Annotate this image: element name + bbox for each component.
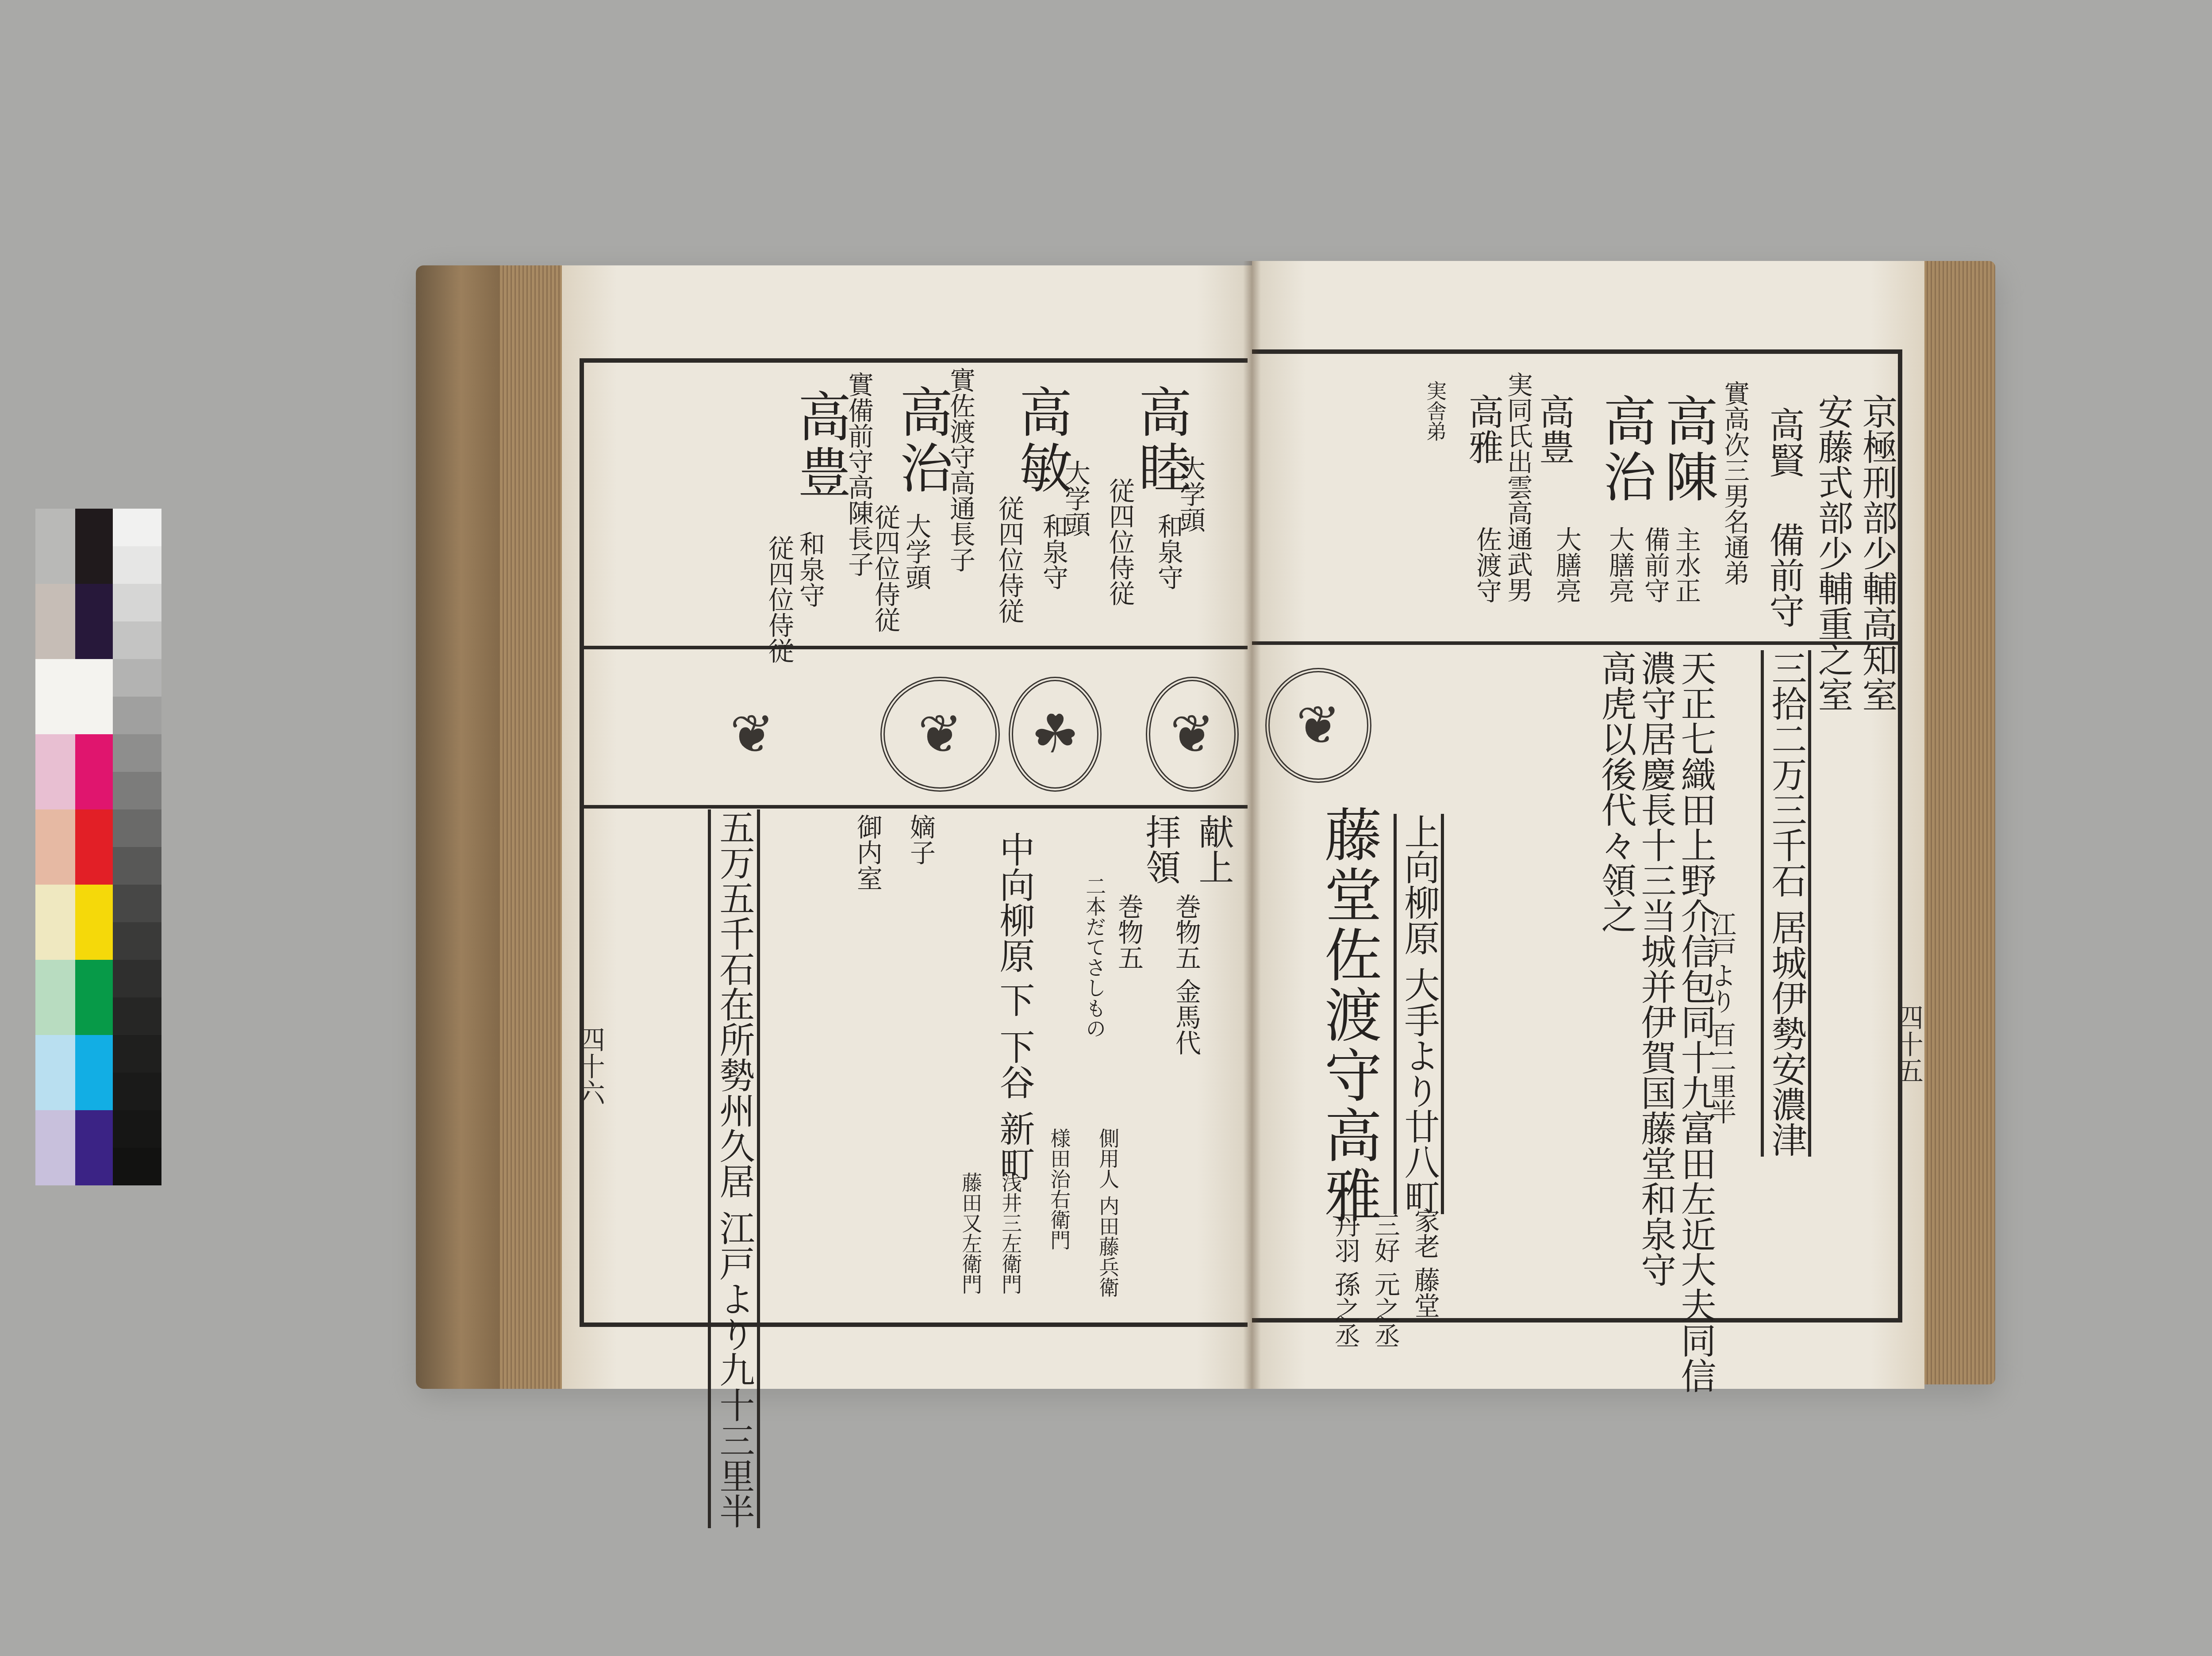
gray-step-swatch xyxy=(113,1148,161,1185)
register-name: 高治 xyxy=(1597,394,1653,505)
register-name: 高雅 xyxy=(1464,394,1502,464)
kenjo-items: 巻物五 金馬代 xyxy=(1172,893,1199,1055)
color-swatch xyxy=(35,885,75,960)
color-swatch xyxy=(75,584,113,659)
three-leaf-crest-icon: ☘ xyxy=(1009,677,1102,792)
color-swatch xyxy=(35,659,75,734)
stipend-castle: 三拾二万三千石 居城伊勢安濃津 xyxy=(1761,650,1811,1157)
gray-step-swatch xyxy=(113,734,161,772)
register-title: 備前守 xyxy=(1765,522,1802,628)
retainer: 丹羽 孫之丞 xyxy=(1332,1212,1359,1348)
page-stack-right xyxy=(1920,261,1995,1384)
divider xyxy=(580,646,1248,649)
color-swatch xyxy=(75,809,113,885)
color-swatch xyxy=(35,734,75,809)
color-swatch xyxy=(75,960,113,1035)
gray-step-swatch xyxy=(113,772,161,809)
register-note: 実舎弟 xyxy=(1425,380,1446,441)
retainer: 三好 元之丞 xyxy=(1371,1212,1398,1348)
book-gutter xyxy=(1243,261,1261,1389)
ivy-crest-icon: ❦ xyxy=(1265,668,1371,783)
register-name: 高豊 xyxy=(792,389,848,501)
retainer-top: 家老 藤堂 xyxy=(1411,1207,1438,1318)
gray-step-swatch xyxy=(113,997,161,1035)
register-title: 大膳亮 xyxy=(1606,526,1633,603)
gray-step-swatch xyxy=(113,1035,161,1073)
officials: 側用人 内田藤兵衛 xyxy=(1097,1128,1118,1297)
naishitsu-label: 御内室 xyxy=(854,814,881,891)
gray-step-swatch xyxy=(113,885,161,922)
register-title: 大膳亮 xyxy=(1553,526,1580,603)
ivy-crest-icon: ❦ xyxy=(880,677,1000,792)
color-swatch xyxy=(75,734,113,809)
shisoku-label: 嫡子 xyxy=(907,814,934,865)
gray-step-swatch xyxy=(113,546,161,584)
officials: 藤田又左衛門 xyxy=(960,1172,981,1294)
color-swatch xyxy=(35,809,75,885)
register-note: 大学頭 xyxy=(1062,460,1089,537)
stipend-detail: 五万五千石在所勢州久居 江戸より九十三里半 xyxy=(708,809,760,1528)
right-page: 京極刑部少輔高知室 安藤式部少輔重之室 高賢 備前守 實高次三男名通弟 高陳 主… xyxy=(1252,261,1924,1389)
gray-step-swatch xyxy=(113,809,161,847)
lineage-line: 天正七織田上野介信包同十九富田左近大夫同信 xyxy=(1677,650,1714,1393)
register-note: 實高次三男名通弟 xyxy=(1721,380,1748,586)
color-swatch xyxy=(35,960,75,1035)
register-note: 実同氏出雲高通武男 xyxy=(1504,372,1531,602)
color-swatch xyxy=(75,885,113,960)
naka-yashiki: 中向柳原 xyxy=(995,832,1033,973)
shimo-yashiki: 下 下谷 新町 xyxy=(995,982,1033,1181)
color-swatch xyxy=(35,509,75,584)
ivy-crest-icon: ❦ xyxy=(1146,677,1239,792)
hairyo-items: 巻物五 xyxy=(1115,893,1142,970)
officials: 様田治右衛門 xyxy=(1048,1128,1070,1250)
register-rank: 従四位侍従 xyxy=(872,504,899,632)
folio-number: 四十六 xyxy=(571,1026,609,1106)
lineage-line: 高虎以後代々領之 xyxy=(1597,650,1634,933)
color-swatch xyxy=(75,1110,113,1185)
gray-step-swatch xyxy=(113,509,161,546)
folio-number: 四十五 xyxy=(1889,1004,1927,1084)
register-name: 高豊 xyxy=(1535,394,1572,464)
register-rank: 従四位侍従 xyxy=(765,535,792,663)
lord-name: 藤堂佐渡守高雅 xyxy=(1318,805,1379,1226)
register-note: 大学頭 xyxy=(902,513,929,590)
hairyo-label: 拝領 xyxy=(1141,814,1179,885)
divider xyxy=(580,805,1248,809)
gray-step-swatch xyxy=(113,1073,161,1110)
register-name: 高治 xyxy=(894,385,949,496)
lord-residence: 上向柳原 大手より廿八町 xyxy=(1394,814,1444,1214)
gray-step-swatch xyxy=(113,621,161,659)
register-title: 和泉守 xyxy=(796,531,823,608)
left-page: 高睦 従四位侍従 大学頭 和泉守 高敏 従四位侍従 和泉守 大学頭 實佐渡守高通… xyxy=(562,265,1252,1389)
gray-step-swatch xyxy=(113,697,161,734)
color-swatch xyxy=(75,1035,113,1110)
register-title: 備前守 xyxy=(1641,526,1668,603)
color-swatch xyxy=(35,584,75,659)
register-rank: 従四位侍従 xyxy=(1106,478,1133,606)
color-swatch xyxy=(35,1110,75,1185)
ivy-crest-plain-icon: ❦ xyxy=(708,690,796,778)
register-title: 主水正 xyxy=(1672,526,1699,603)
gray-step-swatch xyxy=(113,960,161,997)
register-rank: 従四位侍従 xyxy=(995,495,1022,624)
gray-step-swatch xyxy=(113,659,161,697)
page-stack-left xyxy=(500,265,566,1389)
kenjo-label: 献上 xyxy=(1194,814,1232,885)
register-header: 京極刑部少輔高知室 xyxy=(1858,394,1895,712)
lineage-line: 濃守居慶長十三当城并伊賀国藤堂和泉守 xyxy=(1637,650,1674,1287)
color-swatch xyxy=(75,509,113,584)
officials: 浅井三左衛門 xyxy=(1000,1172,1021,1294)
spear-label: 二本だてさしもの xyxy=(1084,876,1105,1039)
register-name: 高陳 xyxy=(1659,394,1715,505)
gray-step-swatch xyxy=(113,584,161,621)
register-title: 佐渡守 xyxy=(1473,526,1500,603)
color-swatch xyxy=(75,659,113,734)
color-checker-card xyxy=(35,509,161,1185)
register-title: 和泉守 xyxy=(1155,513,1182,590)
gray-step-swatch xyxy=(113,1110,161,1148)
color-swatch xyxy=(35,1035,75,1110)
gray-step-swatch xyxy=(113,847,161,885)
register-name: 高賢 xyxy=(1765,407,1802,478)
divider xyxy=(1252,641,1902,645)
gray-step-swatch xyxy=(113,922,161,960)
register-header: 安藤式部少輔重之室 xyxy=(1814,394,1851,712)
